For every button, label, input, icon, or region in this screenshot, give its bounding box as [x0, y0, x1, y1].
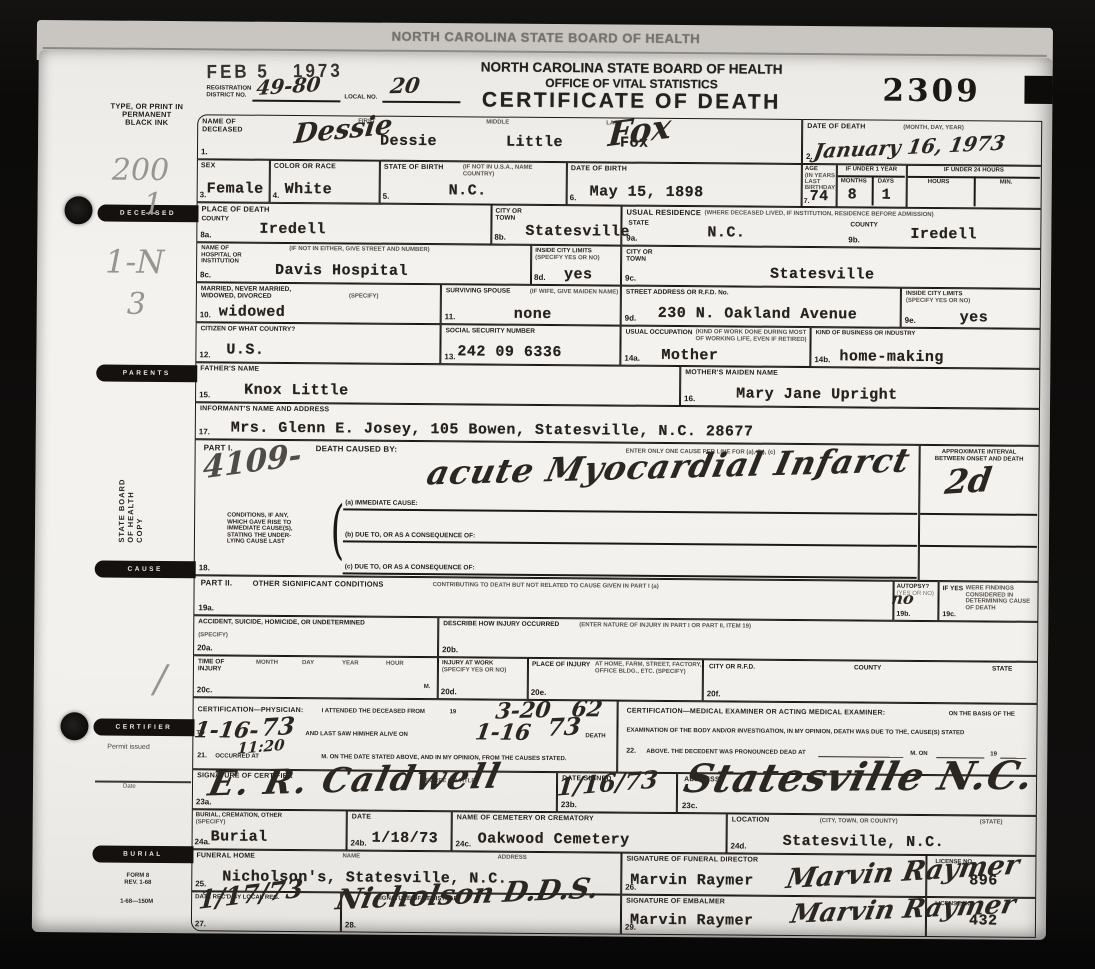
- place-of-death-group: PLACE OF DEATH: [202, 205, 270, 214]
- name-label: NAME OF DECEASED: [202, 118, 243, 134]
- ink-instruction: TYPE, OR PRINT IN PERMANENT BLACK INK: [98, 102, 195, 127]
- embalmer-label: SIGNATURE OF EMBALMER: [626, 898, 725, 907]
- field-number: 14b.: [814, 355, 830, 364]
- ssn-value: 242 09 6336: [457, 343, 562, 361]
- field-time-of-injury: TIME OF INJURY MONTH DAY YEAR HOUR M. 20…: [193, 655, 438, 699]
- field-citizen: CITIZEN OF WHAT COUNTRY? U.S. 12.: [195, 322, 440, 364]
- field-number: 12.: [199, 350, 210, 359]
- field-number: 7.: [804, 198, 810, 205]
- street-address-label: STREET ADDRESS OR R.F.D. No.: [626, 289, 729, 297]
- field-ssn: SOCIAL SECURITY NUMBER 242 09 6336 13.: [440, 324, 620, 365]
- months-label: MONTHS: [841, 178, 867, 185]
- accident-sub: (SPECIFY): [198, 632, 228, 639]
- field-number: 21.: [197, 752, 207, 759]
- residence-city-value: Statesville: [770, 266, 875, 284]
- field-number: 18.: [199, 563, 210, 572]
- business-value: home-making: [839, 348, 944, 366]
- field-number: 10.: [200, 310, 211, 319]
- inside-limits-sub: (SPECIFY YES OR NO): [535, 255, 600, 262]
- handwritten-time-of-death: 11:20: [237, 736, 285, 758]
- field-number: 23b.: [561, 800, 577, 809]
- field-state-of-birth: STATE OF BIRTH (IF NOT IN U.S.A., NAME C…: [380, 161, 567, 205]
- part2-title: OTHER SIGNIFICANT CONDITIONS: [253, 580, 384, 589]
- field-number: 19a.: [198, 603, 214, 612]
- place-of-injury-sub: AT HOME, FARM, STREET, FACTORY, OFFICE B…: [595, 661, 702, 675]
- burial-value: Burial: [211, 828, 268, 845]
- handwritten-autopsy-answer: no: [890, 589, 914, 608]
- spouse-value: none: [514, 306, 552, 323]
- accident-label: ACCIDENT, SUICIDE, HOMICIDE, OR UNDETERM…: [198, 618, 418, 627]
- field-name-of-deceased: NAME OF DECEASED FIRST MIDDLE LAST Dessi…: [197, 114, 802, 164]
- field-number: 20d.: [441, 687, 457, 696]
- race-label: COLOR OR RACE: [274, 163, 336, 171]
- immediate-cause-line: [343, 508, 917, 515]
- field-number: 24d.: [731, 841, 747, 850]
- injury-county-label: COUNTY: [854, 664, 882, 671]
- under24-header: IF UNDER 24 HOURS: [908, 167, 1040, 175]
- due-to-b-line: [343, 540, 917, 547]
- scanned-death-certificate: NORTH CAROLINA STATE BOARD OF HEALTH FEB…: [0, 0, 1095, 969]
- residence-state-value: N.C.: [707, 224, 745, 241]
- location-sub1: (CITY, TOWN, OR COUNTY): [820, 818, 898, 825]
- interval-line-a: [920, 513, 1037, 516]
- if-yes-label: IF YES: [943, 585, 964, 592]
- registration-district-label: REGISTRATION DISTRICT NO.: [206, 85, 251, 98]
- inside-limits-label: INSIDE CITY LIMITS: [906, 291, 963, 298]
- field-date-of-birth: DATE OF BIRTH May 15, 1898 6.: [567, 162, 802, 207]
- min-label: MIN.: [1000, 180, 1013, 187]
- burial-date-value: 1/18/73: [372, 830, 439, 848]
- field-marital-status: MARRIED, NEVER MARRIED, WIDOWED, DIVORCE…: [196, 282, 441, 324]
- field-inside-city-limits-9e: INSIDE CITY LIMITS (SPECIFY YES OR NO) y…: [901, 288, 1041, 329]
- usual-residence-sub: (WHERE DECEASED LIVED, IF INSTITUTION, R…: [704, 210, 933, 218]
- age-value: 74: [810, 188, 829, 205]
- field-number: 26.: [625, 883, 636, 892]
- pencil-note-3: 3: [127, 287, 146, 322]
- inside-limits-sub: (SPECIFY YES OR NO): [906, 298, 971, 305]
- ssn-label: SOCIAL SECURITY NUMBER: [446, 327, 535, 335]
- field-number: 11.: [445, 312, 456, 321]
- field-surviving-spouse: SURVIVING SPOUSE (IF WIFE, GIVE MAIDEN N…: [441, 284, 621, 325]
- marital-sub: (SPECIFY): [349, 293, 379, 300]
- injury-at-work-sub: (SPECIFY YES OR NO): [442, 667, 507, 674]
- field-place-of-death-city: CITY OR TOWN Statesville 8b.: [491, 205, 621, 246]
- father-value: Knox Little: [244, 382, 349, 400]
- side-tab-cause: CAUSE: [95, 560, 196, 578]
- field-number: 5.: [383, 192, 390, 201]
- field-sex: SEX Female 3.: [197, 159, 270, 203]
- field-number: 4.: [273, 191, 280, 200]
- scan-tilt-wrapper: NORTH CAROLINA STATE BOARD OF HEALTH FEB…: [0, 0, 1095, 969]
- hospital-sub: (IF NOT IN EITHER, GIVE STREET AND NUMBE…: [289, 246, 429, 254]
- field-number: 8b.: [494, 233, 506, 242]
- spouse-sub: (IF WIFE, GIVE MAIDEN NAME): [530, 289, 618, 296]
- race-value: White: [285, 181, 333, 198]
- city-or-town-label: CITY OR TOWN: [495, 208, 521, 222]
- embalmer-typed: Marvin Raymer: [630, 912, 754, 930]
- side-tab-certifier: CERTIFIER: [93, 718, 194, 736]
- location-sub2: (STATE): [980, 819, 1003, 826]
- year-label: YEAR: [342, 660, 359, 667]
- name-sub-middle: MIDDLE: [486, 120, 509, 127]
- burial-label: BURIAL, CREMATION, OTHER: [196, 812, 282, 819]
- field-place-of-death-county: PLACE OF DEATH COUNTY Iredell 8a.: [196, 202, 491, 244]
- side-tab-burial: BURIAL: [92, 845, 193, 863]
- residence-state-label: STATE: [628, 220, 648, 227]
- conditions-note: CONDITIONS, IF ANY, WHICH GAVE RISE TO I…: [227, 512, 293, 545]
- pencil-note-200: 200: [112, 153, 170, 188]
- field-inside-city-limits-8d: INSIDE CITY LIMITS (SPECIFY YES OR NO) y…: [531, 245, 621, 286]
- field-number: 16.: [684, 394, 695, 403]
- field-number: 24a.: [195, 837, 211, 846]
- field-describe-injury: DESCRIBE HOW INJURY OCCURRED (ENTER NATU…: [438, 617, 1038, 662]
- field-usual-residence-state-county: USUAL RESIDENCE (WHERE DECEASED LIVED, I…: [621, 206, 1041, 249]
- inside-limits-value: yes: [960, 309, 989, 326]
- spouse-label: SURVIVING SPOUSE: [446, 287, 511, 295]
- cert-me-line2: EXAMINATION OF THE BODY AND/OR INVESTIGA…: [626, 728, 964, 737]
- field-number: 15.: [199, 390, 210, 399]
- field-number: 9c.: [625, 274, 636, 283]
- pencil-note-1n: 1-N: [105, 243, 164, 281]
- cert-physician-t1: I ATTENDED THE DECEASED FROM: [322, 708, 425, 715]
- part2-note: CONTRIBUTING TO DEATH BUT NOT RELATED TO…: [433, 582, 659, 590]
- state-of-birth-label: STATE OF BIRTH: [384, 164, 444, 172]
- cemetery-value: Oakwood Cemetery: [478, 830, 630, 848]
- county-value: Iredell: [259, 221, 326, 239]
- field-cemetery: NAME OF CEMETERY OR CREMATORY Oakwood Ce…: [452, 811, 727, 853]
- residence-county-label: COUNTY: [850, 221, 878, 228]
- cert-me-basis: ON THE BASIS OF THE: [949, 711, 1015, 718]
- mother-value: Mary Jane Upright: [736, 385, 898, 403]
- handwritten-certifier-signature: E. R. Caldwell: [205, 756, 506, 804]
- hour-label: HOUR: [386, 661, 404, 668]
- cemetery-label: NAME OF CEMETERY OR CREMATORY: [457, 814, 594, 823]
- occupation-sub: (KIND OF WORK DONE DURING MOST OF WORKIN…: [696, 329, 807, 343]
- citizen-label: CITIZEN OF WHAT COUNTRY?: [201, 325, 296, 333]
- cert-last-saw: AND LAST SAW HIM/HER ALIVE ON: [305, 731, 408, 738]
- handwritten-certifier-address: Statesville N.C.: [680, 753, 1039, 802]
- field-residence-city: CITY OR TOWN Statesville 9c.: [621, 246, 1041, 289]
- board-of-health-title: NORTH CAROLINA STATE BOARD OF HEALTH: [451, 59, 813, 77]
- field-number: 9a.: [626, 234, 637, 243]
- burial-date-label: DATE: [352, 813, 371, 821]
- field-number: 17.: [199, 427, 210, 436]
- field-number: 19c.: [942, 611, 956, 618]
- field-number: 20c.: [197, 685, 213, 694]
- field-business-industry: KIND OF BUSINESS OR INDUSTRY home-making…: [810, 327, 1040, 369]
- funeral-home-label: FUNERAL HOME: [196, 852, 255, 860]
- location-value: Statesville, N.C.: [783, 833, 945, 851]
- field-number: 1.: [201, 147, 208, 156]
- permit-issued-label: Permit issued: [107, 745, 149, 752]
- hours-label: HOURS: [928, 179, 950, 186]
- field-accident-suicide: ACCIDENT, SUICIDE, HOMICIDE, OR UNDETERM…: [193, 615, 438, 657]
- business-label: KIND OF BUSINESS OR INDUSTRY: [816, 330, 916, 337]
- certificate-number: 2309: [882, 73, 981, 110]
- field-number: 14a.: [624, 354, 640, 363]
- field-number: 23c.: [682, 801, 698, 810]
- field-number: 6.: [570, 193, 577, 202]
- copy-designation: STATE BOARD OF HEALTH COPY: [117, 425, 145, 543]
- under1-divider: [872, 176, 874, 206]
- inside-limits-label: INSIDE CITY LIMITS: [535, 248, 592, 255]
- if-yes-rest: WERE FINDINGS CONSIDERED IN DETERMINING …: [965, 585, 1037, 612]
- field-number: 24c.: [456, 839, 472, 848]
- time-of-injury-label: TIME OF INJURY: [198, 658, 224, 672]
- field-number: 24b.: [351, 838, 367, 847]
- field-injury-city-county-state: CITY OR R.F.D. COUNTY STATE 20f.: [703, 659, 1038, 704]
- date-of-death-sub: (MONTH, DAY, YEAR): [903, 125, 964, 132]
- field-burial-date: DATE 1/18/73 24b.: [347, 810, 452, 851]
- field-age: AGE (IN YEARS LAST BIRTHDAY) 74 7.: [802, 164, 837, 207]
- field-if-under-1-year: IF UNDER 1 YEAR MONTHS DAYS 8 1: [837, 164, 907, 208]
- occupation-value: Mother: [661, 347, 718, 364]
- residence-city-label: CITY OR TOWN: [626, 249, 652, 263]
- field-number: 27.: [195, 919, 206, 928]
- injury-state-label: STATE: [992, 665, 1012, 672]
- field-number: 28.: [345, 920, 356, 929]
- field-number: 20b.: [442, 645, 458, 654]
- sex-label: SEX: [201, 162, 216, 170]
- age-label: AGE: [805, 166, 818, 173]
- field-number: 19b.: [896, 611, 910, 618]
- field-number: 9b.: [848, 235, 860, 244]
- side-tab-parents: PARENTS: [96, 364, 197, 382]
- funeral-director-typed: Marvin Raymer: [630, 872, 754, 890]
- days-value: 1: [882, 187, 892, 204]
- field-fathers-name: FATHER'S NAME Knox Little 15.: [195, 362, 680, 406]
- certificate-form: NAME OF DECEASED FIRST MIDDLE LAST Dessi…: [191, 114, 1042, 938]
- field-burial-cremation: BURIAL, CREMATION, OTHER (SPECIFY) Buria…: [192, 809, 347, 850]
- day-label: DAY: [302, 660, 314, 667]
- street-address-value: 230 N. Oakland Avenue: [658, 305, 858, 324]
- field-number: 29.: [625, 923, 636, 932]
- father-label: FATHER'S NAME: [200, 365, 259, 373]
- mother-label: MOTHER'S MAIDEN NAME: [685, 369, 778, 378]
- local-no-value: 20: [389, 72, 422, 98]
- city-value: Statesville: [525, 223, 630, 241]
- field-if-under-24-hours: IF UNDER 24 HOURS HOURS MIN.: [907, 165, 1042, 209]
- field-number: 22.: [626, 748, 636, 755]
- burial-sub: (SPECIFY): [196, 819, 226, 826]
- hospital-label: NAME OF HOSPITAL OR INSTITUTION: [201, 245, 242, 265]
- describe-injury-label: DESCRIBE HOW INJURY OCCURRED: [443, 620, 559, 628]
- punch-hole-top: [64, 196, 92, 224]
- immediate-cause-label: (a) IMMEDIATE CAUSE:: [345, 499, 418, 507]
- informant-label: INFORMANT'S NAME AND ADDRESS: [200, 405, 329, 414]
- field-number: 8d.: [534, 273, 546, 282]
- field-cemetery-location: LOCATION (CITY, TOWN, OR COUNTY) (STATE)…: [726, 813, 1036, 855]
- under1-header: IF UNDER 1 YEAR: [838, 166, 905, 173]
- months-value: 8: [848, 186, 858, 203]
- residence-county-value: Iredell: [910, 226, 977, 244]
- field-number: 20f.: [707, 689, 721, 698]
- location-label: LOCATION: [732, 816, 770, 824]
- part2-label: PART II.: [201, 579, 233, 587]
- inside-limits-value: yes: [564, 266, 593, 283]
- field-number: 8c.: [200, 270, 211, 279]
- m-suffix: M.: [424, 684, 431, 691]
- marital-label: MARRIED, NEVER MARRIED, WIDOWED, DIVORCE…: [201, 285, 291, 300]
- handwritten-interval: 2d: [943, 460, 995, 502]
- citizen-value: U.S.: [226, 341, 264, 358]
- days-label: DAYS: [878, 179, 894, 186]
- field-autopsy-findings: IF YES WERE FINDINGS CONSIDERED IN DETER…: [938, 581, 1038, 622]
- cert-me-title: CERTIFICATION—MEDICAL EXAMINER OR ACTING…: [627, 708, 886, 718]
- funeral-home-sub-name: NAME: [342, 853, 360, 860]
- due-to-b-label: (b) DUE TO, OR AS A CONSEQUENCE OF:: [345, 531, 475, 539]
- registration-district-value: 49-80: [255, 72, 322, 100]
- field-number: 9d.: [625, 314, 637, 323]
- field-hospital: NAME OF HOSPITAL OR INSTITUTION (IF NOT …: [196, 242, 531, 285]
- pencil-note-slash: /: [154, 657, 167, 701]
- funeral-director-label: SIGNATURE OF FUNERAL DIRECTOR: [626, 856, 758, 865]
- occupation-label: USUAL OCCUPATION: [626, 329, 693, 337]
- informant-value: Mrs. Glenn E. Josey, 105 Bowen, Statesvi…: [231, 420, 754, 441]
- cert-19: 19: [450, 709, 457, 716]
- state-of-birth-sub: (IF NOT IN U.S.A., NAME COUNTRY): [463, 164, 533, 178]
- handwritten-last-alive: 1-16: [474, 719, 533, 745]
- field-color-or-race: COLOR OR RACE White 4.: [270, 160, 380, 204]
- name-typed-middle: Little: [506, 134, 563, 151]
- field-number: 20e.: [531, 688, 547, 697]
- part2-other-conditions: PART II. OTHER SIGNIFICANT CONDITIONS CO…: [193, 575, 893, 620]
- under24-divider: [974, 176, 976, 206]
- hospital-value: Davis Hospital: [275, 262, 408, 280]
- conditions-brace: (: [330, 493, 344, 567]
- due-to-c-label: (c) DUE TO, OR AS A CONSEQUENCE OF:: [345, 563, 475, 571]
- field-number: 3.: [200, 190, 207, 199]
- date-of-death-label: DATE OF DEATH: [807, 123, 865, 131]
- county-label: COUNTY: [201, 215, 229, 222]
- marital-value: widowed: [219, 303, 286, 321]
- month-label: MONTH: [256, 660, 278, 667]
- interval-line-b: [920, 545, 1037, 548]
- field-number: 8a.: [200, 230, 211, 239]
- form-number: FORM 8 REV. 1-68: [124, 873, 151, 886]
- handwritten-last-alive-year: 73: [546, 711, 582, 742]
- field-mothers-maiden-name: MOTHER'S MAIDEN NAME Mary Jane Upright 1…: [680, 366, 1040, 409]
- field-injury-at-work: INJURY AT WORK (SPECIFY YES OR NO) 20d.: [438, 657, 528, 700]
- describe-injury-sub: (ENTER NATURE OF INJURY IN PART I OR PAR…: [579, 622, 751, 630]
- field-occupation: USUAL OCCUPATION (KIND OF WORK DONE DURI…: [620, 326, 810, 367]
- field-number: 9e.: [905, 316, 916, 325]
- state-of-birth-value: N.C.: [449, 182, 487, 199]
- place-of-injury-label: PLACE OF INJURY: [532, 661, 590, 668]
- injury-city-label: CITY OR R.F.D.: [709, 663, 755, 670]
- cert-death-word: DEATH: [585, 733, 605, 740]
- pencil-note-1: 1: [143, 187, 162, 222]
- date-of-birth-value: May 15, 1898: [590, 183, 704, 201]
- field-number: 20a.: [197, 643, 213, 652]
- sex-value: Female: [207, 180, 264, 197]
- funeral-home-sub-addr: ADDRESS: [497, 855, 526, 862]
- date-of-birth-label: DATE OF BIRTH: [571, 165, 627, 173]
- permit-date-label: Date: [123, 784, 136, 791]
- scan-corner-mark: [1024, 76, 1052, 104]
- part1-title: DEATH CAUSED BY:: [316, 445, 398, 454]
- field-street-address: STREET ADDRESS OR R.F.D. No. 230 N. Oakl…: [621, 286, 901, 328]
- punch-hole-bottom: [60, 712, 88, 740]
- usual-residence-group: USUAL RESIDENCE: [626, 209, 701, 218]
- injury-at-work-label: INJURY AT WORK: [442, 660, 493, 667]
- field-number: 13.: [444, 352, 455, 361]
- field-place-of-injury: PLACE OF INJURY AT HOME, FARM, STREET, F…: [528, 658, 703, 701]
- form-print-code: 1-68—150M: [120, 899, 153, 906]
- local-no-label: LOCAL NO.: [344, 94, 377, 101]
